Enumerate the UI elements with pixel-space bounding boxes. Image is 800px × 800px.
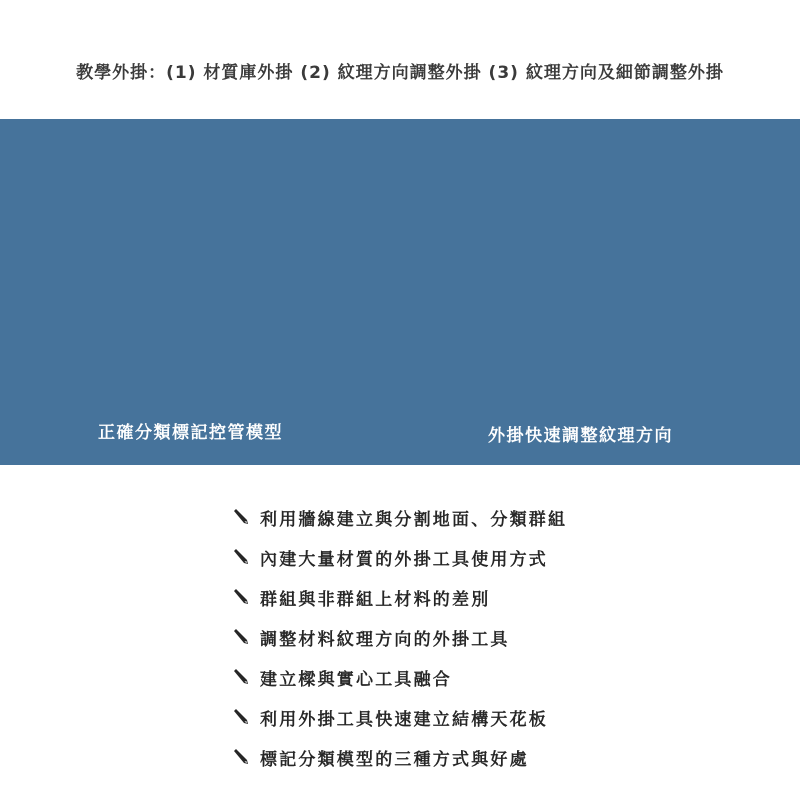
- list-item: 內建大量材質的外掛工具使用方式: [232, 537, 567, 577]
- list-item-text: 群組與非群組上材料的差別: [260, 585, 490, 610]
- list-item-text: 標記分類模型的三種方式與好處: [260, 745, 529, 770]
- pencil-icon: [232, 668, 250, 686]
- list-item: 建立樑與實心工具融合: [232, 657, 567, 697]
- pencil-icon: [232, 508, 250, 526]
- banner-label-right: 外掛快速調整紋理方向: [488, 421, 673, 446]
- list-item-text: 利用牆線建立與分割地面、分類群組: [260, 505, 567, 530]
- list-item-text: 利用外掛工具快速建立結構天花板: [260, 705, 548, 730]
- list-item-text: 調整材料紋理方向的外掛工具: [260, 625, 510, 650]
- list-item: 利用外掛工具快速建立結構天花板: [232, 697, 567, 737]
- feature-list: 利用牆線建立與分割地面、分類群組 內建大量材質的外掛工具使用方式 群組與非群組上…: [232, 497, 567, 777]
- list-item: 調整材料紋理方向的外掛工具: [232, 617, 567, 657]
- list-item: 群組與非群組上材料的差別: [232, 577, 567, 617]
- video-banner: [0, 119, 800, 465]
- list-item: 標記分類模型的三種方式與好處: [232, 737, 567, 777]
- pencil-icon: [232, 748, 250, 766]
- pencil-icon: [232, 548, 250, 566]
- pencil-icon: [232, 708, 250, 726]
- page-title: 教學外掛：(1) 材質庫外掛 (2) 紋理方向調整外掛 (3) 紋理方向及細節調…: [0, 58, 800, 83]
- pencil-icon: [232, 588, 250, 606]
- pencil-icon: [232, 628, 250, 646]
- list-item: 利用牆線建立與分割地面、分類群組: [232, 497, 567, 537]
- list-item-text: 內建大量材質的外掛工具使用方式: [260, 545, 548, 570]
- list-item-text: 建立樑與實心工具融合: [260, 665, 452, 690]
- banner-label-left: 正確分類標記控管模型: [98, 418, 283, 443]
